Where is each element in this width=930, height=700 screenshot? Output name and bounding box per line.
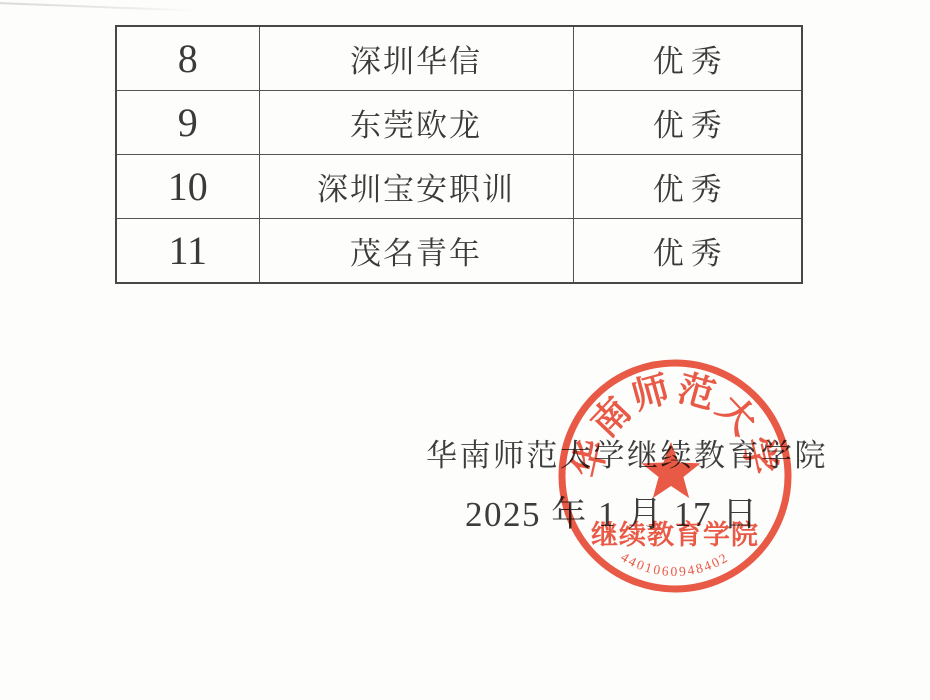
row-number-cell: 9 <box>116 91 259 155</box>
seal-serial-text: 4401060948402 <box>618 549 731 579</box>
rating-cell: 优秀 <box>573 26 802 91</box>
rating-cell: 优秀 <box>573 155 802 219</box>
row-number-cell: 8 <box>116 26 259 91</box>
evaluation-table: 8 深圳华信 优秀 9 东莞欧龙 优秀 10 深圳宝安职训 优秀 11 茂名青年… <box>115 25 803 284</box>
row-number-cell: 11 <box>116 219 259 284</box>
org-name-cell: 东莞欧龙 <box>259 91 573 155</box>
rating-cell: 优秀 <box>573 219 802 284</box>
scan-artifact-line <box>0 2 196 12</box>
table-row: 8 深圳华信 优秀 <box>116 26 802 91</box>
rating-cell: 优秀 <box>573 91 802 155</box>
table-row: 9 东莞欧龙 优秀 <box>116 91 802 155</box>
official-seal: 华南师范大学 继续教育学院 4401060948402 <box>550 352 800 602</box>
org-name-cell: 深圳宝安职训 <box>259 155 573 219</box>
org-name-cell: 茂名青年 <box>259 219 573 284</box>
row-number-cell: 10 <box>116 155 259 219</box>
seal-name-text: 继续教育学院 <box>591 519 759 550</box>
table-row: 11 茂名青年 优秀 <box>116 219 802 284</box>
org-name-cell: 深圳华信 <box>259 26 573 91</box>
star-icon <box>642 442 701 498</box>
table-row: 10 深圳宝安职训 优秀 <box>116 155 802 219</box>
